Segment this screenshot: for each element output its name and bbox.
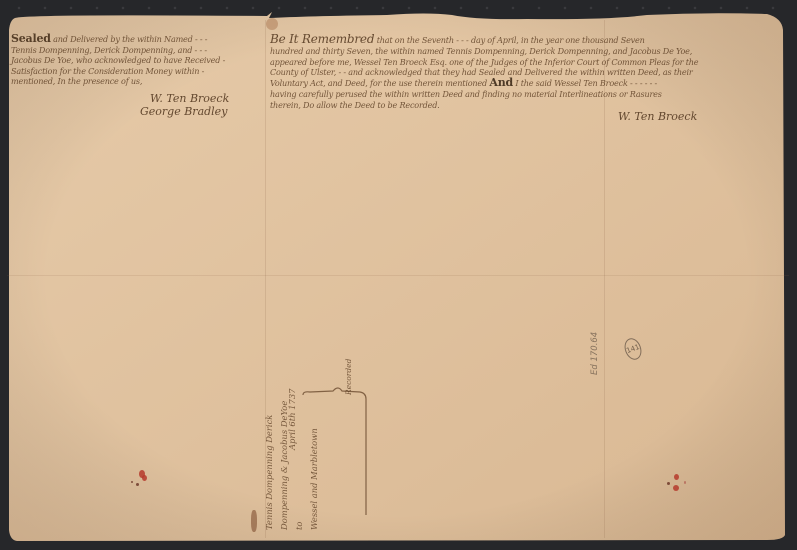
and-word: And [489,76,513,89]
sealed-line-5: mentioned, In the presence of us, [11,76,225,87]
ack-line-6: having carefully perused the within writ… [270,89,698,100]
sealed-line-4: Satisfaction for the Consideration Money… [11,66,225,77]
sealed-line-1: Sealed and Delivered by the within Named… [11,34,225,45]
ack-line-4: County of Ulster, - - and acknowledged t… [270,67,698,78]
docket-bracket-icon [300,355,380,515]
ink-stain [251,510,257,532]
fold-line-horizontal [7,275,789,276]
ack-line-5: Voluntary Act, and Deed, for the use the… [270,78,698,89]
docket-line-1: Tennis Dompenning Derick [262,401,277,530]
ack-line-7: therein, Do allow the Deed to be Recorde… [270,100,698,111]
ack-lead: Be It Remembred [270,32,374,46]
sealed-line-2: Tennis Dompenning, Derick Dompenning, an… [11,45,225,56]
sealed-delivered-clause: Sealed and Delivered by the within Named… [11,34,225,87]
sealed-line-3: Jacobus De Yoe, who acknowledged to have… [11,55,225,66]
docket-line-2: Dompenning & Jacobus DeYoe [277,401,292,530]
ack-line-3: appeared before me, Wessel Ten Broeck Es… [270,57,698,68]
witness-signature-2: George Bradley [140,105,227,118]
ack-line-2: hundred and thirty Seven, the within nam… [270,46,698,57]
acknowledgement-clause: Be It Remembred that on the Seventh - - … [270,34,698,111]
witness-signature-1: W. Ten Broeck [150,92,229,105]
ack-line-1: Be It Remembred that on the Seventh - - … [270,34,698,46]
docket-recorded-note: Recorded [344,359,353,395]
catalog-number: Ed 170.64 [590,332,600,375]
judge-signature: W. Ten Broeck [618,110,697,123]
sealed-lead: Sealed [11,32,51,45]
